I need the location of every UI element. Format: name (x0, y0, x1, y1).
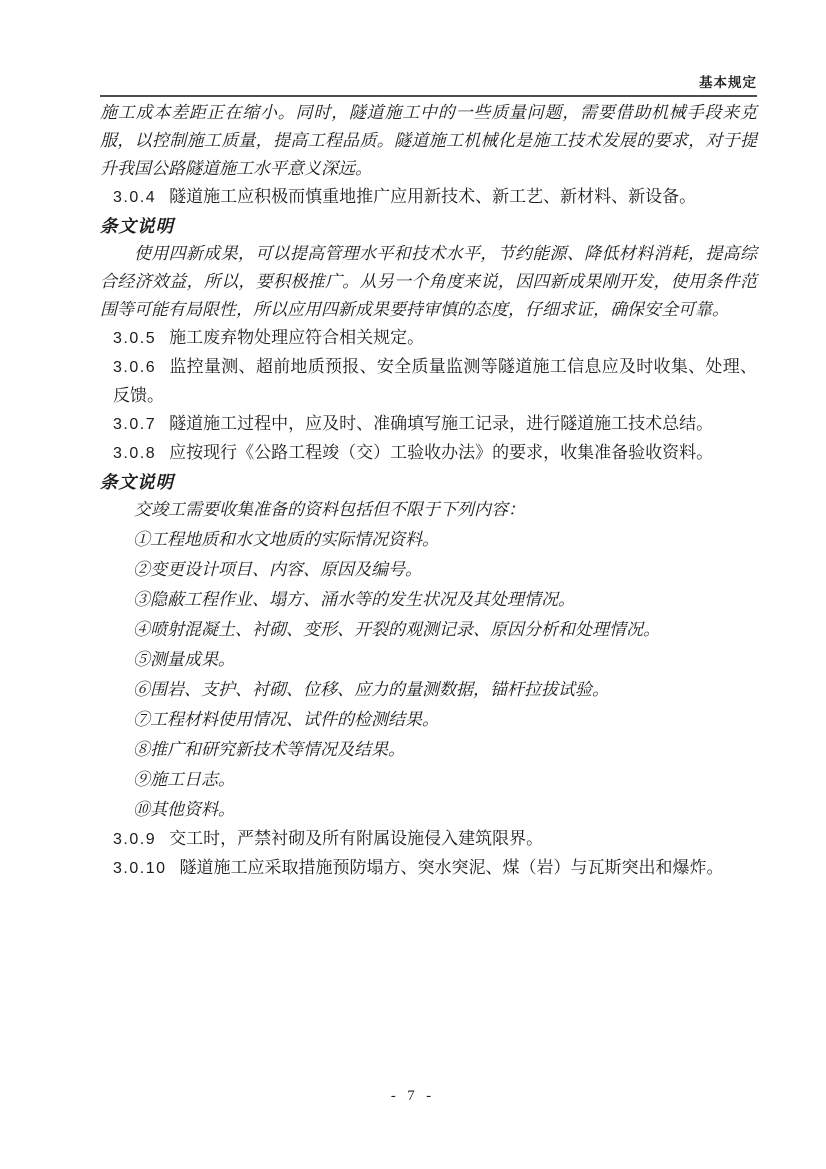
clause-number: 3.0.4 (113, 189, 156, 206)
clause-text: 应按现行《公路工程竣（交）工验收办法》的要求，收集准备验收资料。 (169, 443, 713, 462)
list-item-5: ⑤测量成果。 (100, 645, 757, 675)
commentary-label-1: 条文说明 (100, 212, 757, 240)
clause-3-0-10: 3.0.10隧道施工应采取措施预防塌方、突水突泥、煤（岩）与瓦斯突出和爆炸。 (100, 854, 757, 883)
clause-text: 施工废弃物处理应符合相关规定。 (169, 328, 424, 347)
list-item-8: ⑧推广和研究新技术等情况及结果。 (100, 735, 757, 765)
list-item-4: ④喷射混凝土、衬砌、变形、开裂的观测记录、原因分析和处理情况。 (100, 615, 757, 645)
commentary-intro-line: 交竣工需要收集准备的资料包括但不限于下列内容： (100, 496, 757, 524)
clause-text: 隧道施工应积极而慎重地推广应用新技术、新工艺、新材料、新设备。 (169, 187, 696, 206)
clause-3-0-6: 3.0.6监控量测、超前地质预报、安全质量监测等隧道施工信息应及时收集、处理、反… (100, 353, 757, 410)
clause-text: 交工时，严禁衬砌及所有附属设施侵入建筑限界。 (169, 829, 543, 848)
list-item-7: ⑦工程材料使用情况、试件的检测结果。 (100, 705, 757, 735)
numbered-list: ①工程地质和水文地质的实际情况资料。 ②变更设计项目、内容、原因及编号。 ③隐蔽… (100, 525, 757, 825)
clause-3-0-9: 3.0.9交工时，严禁衬砌及所有附属设施侵入建筑限界。 (100, 825, 757, 854)
list-item-3: ③隐蔽工程作业、塌方、涌水等的发生状况及其处理情况。 (100, 585, 757, 615)
clause-number: 3.0.7 (113, 416, 156, 433)
page-header: 基本规定 (100, 0, 757, 97)
clause-number: 3.0.6 (113, 359, 156, 376)
clause-text: 隧道施工过程中，应及时、准确填写施工记录，进行隧道施工技术总结。 (169, 414, 713, 433)
clause-number: 3.0.5 (113, 330, 156, 347)
commentary-label-2: 条文说明 (100, 468, 757, 496)
page-content: 施工成本差距正在缩小。同时，隧道施工中的一些质量问题，需要借助机械手段来克服，以… (100, 99, 757, 883)
list-item-6: ⑥围岩、支护、衬砌、位移、应力的量测数据，锚杆拉拔试验。 (100, 675, 757, 705)
list-item-1: ①工程地质和水文地质的实际情况资料。 (100, 525, 757, 555)
document-page: 基本规定 施工成本差距正在缩小。同时，隧道施工中的一些质量问题，需要借助机械手段… (0, 0, 826, 1169)
clause-3-0-4: 3.0.4隧道施工应积极而慎重地推广应用新技术、新工艺、新材料、新设备。 (100, 183, 757, 212)
clause-3-0-8: 3.0.8应按现行《公路工程竣（交）工验收办法》的要求，收集准备验收资料。 (100, 439, 757, 468)
clause-number: 3.0.9 (113, 831, 156, 848)
clause-text: 隧道施工应采取措施预防塌方、突水突泥、煤（岩）与瓦斯突出和爆炸。 (179, 858, 723, 877)
clause-number: 3.0.8 (113, 445, 156, 462)
running-head: 基本规定 (699, 71, 757, 95)
intro-paragraph: 施工成本差距正在缩小。同时，隧道施工中的一些质量问题，需要借助机械手段来克服，以… (100, 99, 757, 183)
list-item-9: ⑨施工日志。 (100, 765, 757, 795)
clause-number: 3.0.10 (113, 860, 166, 877)
list-item-10: ⑩其他资料。 (100, 795, 757, 825)
list-item-2: ②变更设计项目、内容、原因及编号。 (100, 555, 757, 585)
page-number: - 7 - (0, 1088, 826, 1105)
clause-3-0-7: 3.0.7隧道施工过程中，应及时、准确填写施工记录，进行隧道施工技术总结。 (100, 410, 757, 439)
clause-3-0-5: 3.0.5施工废弃物处理应符合相关规定。 (100, 324, 757, 353)
commentary-paragraph-1: 使用四新成果，可以提高管理水平和技术水平，节约能源、降低材料消耗，提高综合经济效… (100, 240, 757, 324)
clause-text: 监控量测、超前地质预报、安全质量监测等隧道施工信息应及时收集、处理、反馈。 (113, 357, 757, 405)
